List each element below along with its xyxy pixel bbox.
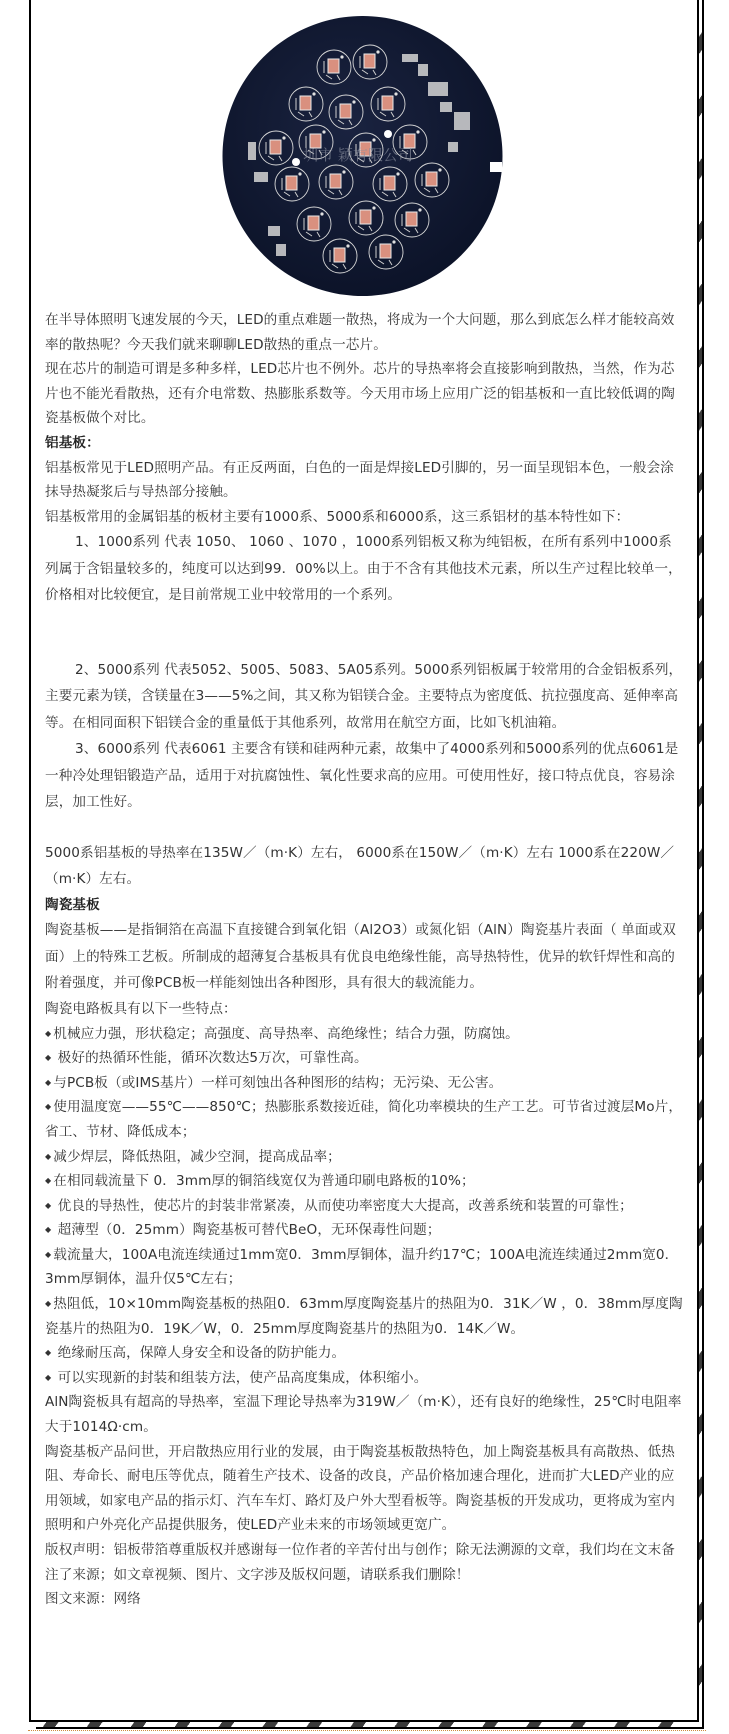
feature-item: 载流量大，100A电流连续通过1mm宽0．3mm厚铜体，温升约17℃；100A电… bbox=[45, 1243, 685, 1292]
section-heading-ceramic: 陶瓷基板 bbox=[45, 893, 685, 918]
ceramic-features-intro: 陶瓷电路板具有以下一些特点： bbox=[45, 997, 685, 1022]
article-body: 在半导体照明飞速发展的今天，LED的重点难题一散热，将成为一个大问题，那么到底怎… bbox=[45, 308, 685, 1612]
aluminum-paragraph-2: 铝基板常用的金属铝基的板材主要有1000系、5000系和6000系，这三系铝材的… bbox=[45, 505, 685, 530]
section-heading-aluminum: 铝基板： bbox=[45, 431, 685, 456]
feature-item: 优良的导热性，使芯片的封装非常紧凑，从而使功率密度大大提高，改善系统和装置的可靠… bbox=[45, 1194, 685, 1219]
aluminum-paragraph-1: 铝基板常见于LED照明产品。有正反两面，白色的一面是焊接LED引脚的，另一面呈现… bbox=[45, 456, 685, 505]
aluminum-conductivity: 5000系铝基板的导热率在135W／（m·K）左右， 6000系在150W／（m… bbox=[45, 840, 685, 893]
source-credit: 图文来源：网络 bbox=[45, 1587, 685, 1612]
copyright-notice: 版权声明：铝板带箔尊重版权并感谢每一位作者的辛苦付出与创作；除无法溯源的文章，我… bbox=[45, 1538, 685, 1587]
intro-paragraph-2: 现在芯片的制造可谓是多种多样，LED芯片也不例外。芯片的导热率将会直接影响到散热… bbox=[45, 357, 685, 431]
spacer bbox=[45, 816, 685, 840]
feature-item: 与PCB板（或IMS基片）一样可刻蚀出各种图形的结构；无污染、无公害。 bbox=[45, 1071, 685, 1096]
series-1000: 1、1000系列 代表 1050、 1060 、1070 ，1000系列铝板又称… bbox=[45, 529, 685, 609]
intro-paragraph-1: 在半导体照明飞速发展的今天，LED的重点难题一散热，将成为一个大问题，那么到底怎… bbox=[45, 308, 685, 357]
feature-item: 极好的热循环性能，循环次数达5万次，可靠性高。 bbox=[45, 1046, 685, 1071]
aln-paragraph: AlN陶瓷板具有超高的导热率，室温下理论导热率为319W／（m·K），还有良好的… bbox=[45, 1390, 685, 1439]
ceramic-definition: 陶瓷基板——是指铜箔在高温下直接键合到氧化铝（Al2O3）或氮化铝（AlN）陶瓷… bbox=[45, 917, 685, 997]
outlook-paragraph: 陶瓷基板产品问世，开启散热应用行业的发展，由于陶瓷基板散热特色，加上陶瓷基板具有… bbox=[45, 1440, 685, 1538]
feature-item: 使用温度宽——55℃——850℃；热膨胀系数接近硅，简化功率模块的生产工艺。可节… bbox=[45, 1095, 685, 1144]
hero-image-led-pcb: 圳市 颖有限公司 bbox=[218, 12, 508, 297]
feature-item: 绝缘耐压高，保障人身安全和设备的防护能力。 bbox=[45, 1341, 685, 1366]
feature-item: 超薄型（0．25mm）陶瓷基板可替代BeO，无环保毒性问题； bbox=[45, 1218, 685, 1243]
series-5000: 2、5000系列 代表5052、5005、5083、5A05系列。5000系列铝… bbox=[45, 657, 685, 737]
watermark-text: 圳市 颖有限公司 bbox=[303, 146, 413, 164]
feature-item: 热阻低，10×10mm陶瓷基板的热阻0．63mm厚度陶瓷基片的热阻为0．31K／… bbox=[45, 1292, 685, 1341]
spacer bbox=[45, 609, 685, 657]
feature-item: 可以实现新的封装和组装方法，使产品高度集成，体积缩小。 bbox=[45, 1366, 685, 1391]
dotted-divider bbox=[28, 1730, 706, 1731]
series-6000: 3、6000系列 代表6061 主要含有镁和硅两种元素，故集中了4000系列和5… bbox=[45, 736, 685, 816]
feature-item: 减少焊层，降低热阻，减少空洞，提高成品率； bbox=[45, 1145, 685, 1170]
feature-item: 在相同载流量下 0．3mm厚的铜箔线宽仅为普通印刷电路板的10%； bbox=[45, 1169, 685, 1194]
feature-item: 机械应力强，形状稳定；高强度、高导热率、高绝缘性；结合力强，防腐蚀。 bbox=[45, 1022, 685, 1047]
